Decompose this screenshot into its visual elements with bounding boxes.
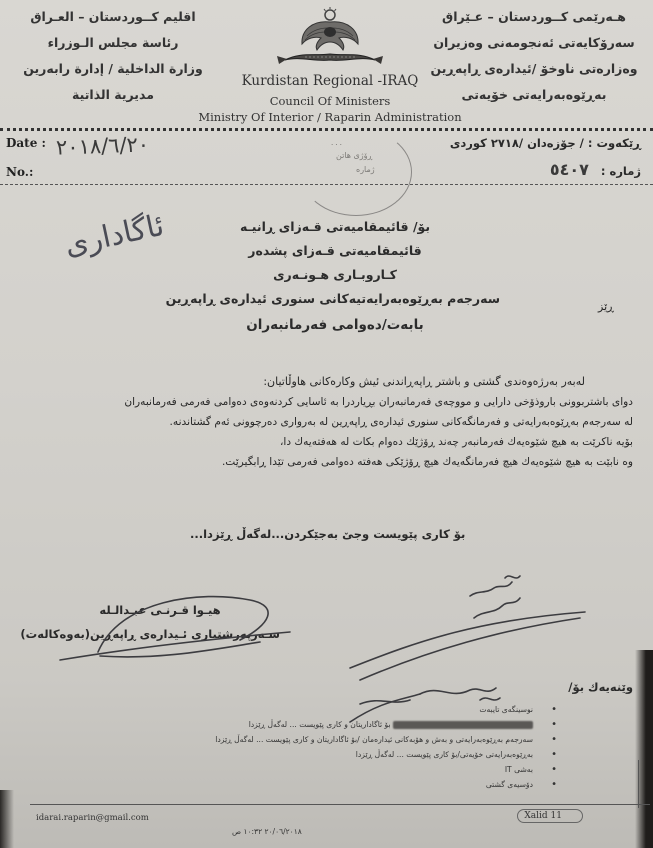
bullet-icon: •	[551, 732, 557, 747]
header-english: Kurdistan Regional -IRAQ Council Of Mini…	[180, 72, 480, 125]
header-kurdish-line: هـەرێمی کــوردستان – عـێراق	[429, 4, 639, 30]
handwritten-mark: ڕێز	[598, 300, 614, 314]
cc-item: •دۆسیەی گشتی	[137, 777, 557, 792]
stamp-text: ٠٠٠	[330, 140, 343, 149]
bullet-icon: •	[551, 717, 557, 732]
address-line: کـاروبـاری هـونـەری	[170, 263, 500, 287]
address-line: بۆ/ قائیمقامیەتی قـەزای ڕانیـە	[170, 215, 500, 239]
number-label: ژمارە :	[601, 164, 641, 178]
no-label: No.:	[6, 165, 33, 179]
body-paragraph: بۆیە ناکرێت بە هیچ شێوەیەك فەرمانبەر چەن…	[18, 432, 633, 452]
header-dotted-divider	[0, 128, 653, 131]
address-line: سەرجەم بەڕێوەبەرایەتیەکانی سنوری ئیدارەی…	[170, 287, 500, 311]
header-english-region: Kurdistan Regional -IRAQ	[180, 72, 480, 90]
header-english-ministry: Ministry Of Interior / Raparin Administr…	[180, 109, 480, 125]
date-value-handwritten: ٢٠١٨/٦/٢٠	[56, 132, 150, 159]
letter-body: لەبەر بەرژەوەندی گشتی و باشتر ڕاپەڕاندنی…	[18, 372, 633, 472]
cc-item: • بۆ ئاگاداریتان و کاری پێویست ... لەگەڵ…	[137, 717, 557, 732]
footer-frame-edge	[637, 760, 639, 808]
closing-line: بۆ کاری پێویست وجێ بەجێکردن...لەگەڵ ڕێزد…	[190, 527, 465, 541]
header-english-council: Council Of Ministers	[180, 93, 480, 109]
stamp-text: ژمارە	[356, 165, 375, 174]
signatory-title: سـەرپەرشتیاری ئـیدارەی ڕاپەڕین(بەوەکالەت…	[40, 622, 280, 646]
body-paragraph: وە نابێت بە هیچ شێوەیەك هیچ فەرمانگەیەك …	[18, 452, 633, 472]
print-timestamp: ٢٠/٠٦/٢٠١٨ ١٠:٣٢ ص	[232, 827, 302, 836]
cc-item: •بەشی IT	[137, 762, 557, 777]
address-block: بۆ/ قائیمقامیەتی قـەزای ڕانیـە قائیمقامی…	[170, 215, 500, 337]
redacted-text	[393, 721, 533, 729]
cc-title: وێنەیەك بۆ/	[568, 680, 633, 694]
cc-item: •سەرجەم بەڕێوەبەرایەتی و بەش و هۆبەکانی …	[137, 732, 557, 747]
typist-initials: Xalid 11	[517, 809, 583, 823]
signatory-name: هیـوا قـرنـی عبـدالـلە	[40, 598, 280, 622]
bullet-icon: •	[551, 762, 557, 777]
header-arabic-line: اقليم كــوردستان – العـراق	[8, 4, 218, 30]
address-line: قائیمقامیەتی قـەزای پشدەر	[170, 239, 500, 263]
body-lead: لەبەر بەرژەوەندی گشتی و باشتر ڕاپەڕاندنی…	[18, 372, 585, 392]
footer-divider	[30, 804, 650, 805]
page-edge-shadow-left	[0, 790, 14, 848]
cc-item: •نوسینگەی تایبەت	[137, 702, 557, 717]
header-arabic-line: رئاسة مجلس الـوزراء	[8, 30, 218, 56]
bullet-icon: •	[551, 747, 557, 762]
cc-item: •بەڕێوەبەرایەتی خۆیەتی/بۆ کاری پێویست ..…	[137, 747, 557, 762]
kurdistan-emblem-icon	[255, 6, 405, 68]
signature-block: هیـوا قـرنـی عبـدالـلە سـەرپەرشتیاری ئـی…	[40, 598, 280, 646]
number-value-handwritten: ٥٤٠٧	[550, 160, 589, 179]
reference-date-kurdish: ڕێکەوت : / جۆزەدان /٢٧١٨ کوردی	[450, 136, 641, 150]
footer-email: idarai.raparin@gmail.com	[36, 813, 149, 823]
header-kurdish-line: سەرۆکایەتی ئەنجومەنی وەزیران	[429, 30, 639, 56]
date-label: Date :	[6, 136, 46, 150]
bullet-icon: •	[551, 777, 557, 792]
body-paragraph: لە سەرجەم بەڕێوەبەرایەتی و فەرمانگەکانی …	[18, 412, 633, 432]
page-edge-shadow	[635, 650, 653, 848]
bullet-icon: •	[551, 702, 557, 717]
cc-list: •نوسینگەی تایبەت • بۆ ئاگاداریتان و کاری…	[137, 702, 557, 792]
stamp-text: ڕۆژی هاتن	[336, 151, 372, 160]
subject-line: بابەت/دەوامی فەرمانبەران	[170, 313, 500, 337]
number-field-kurdish: ژمارە : ٥٤٠٧	[550, 160, 641, 179]
body-paragraph: دوای باشتربوونی باروذۆخی دارایی و مووچەی…	[18, 392, 633, 412]
